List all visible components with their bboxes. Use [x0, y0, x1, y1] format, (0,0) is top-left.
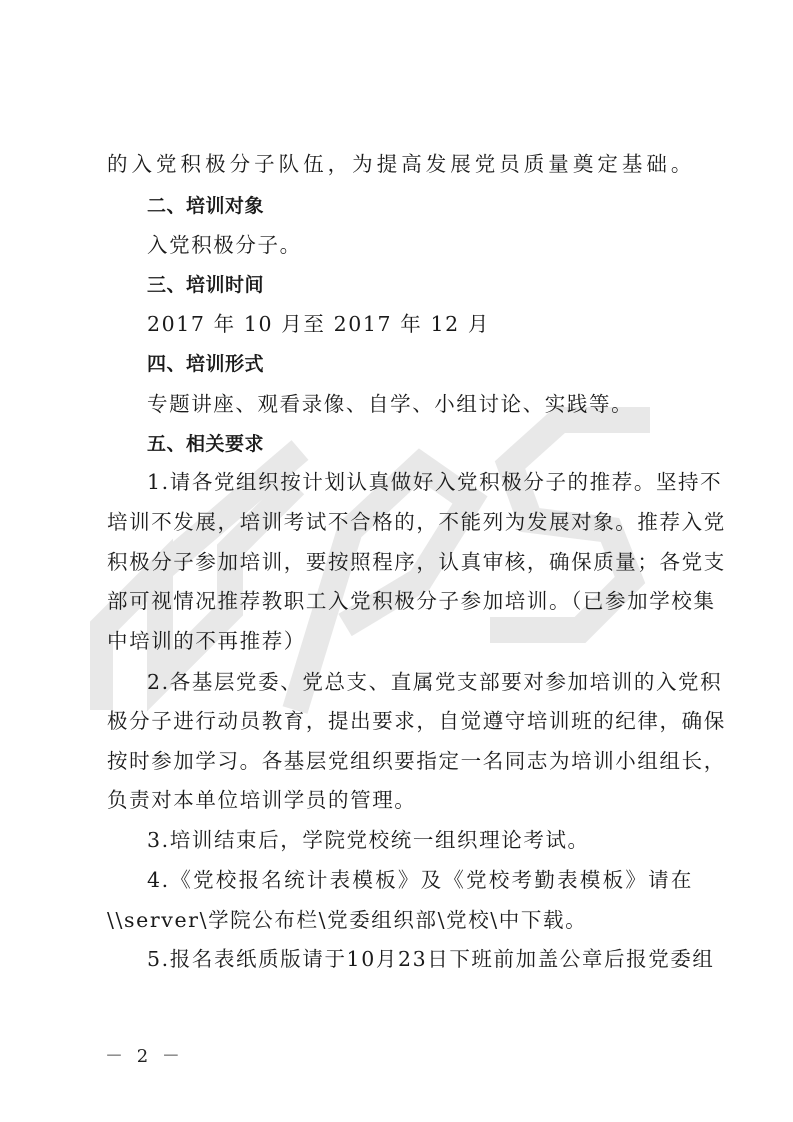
- paragraph-line: 培训不发展，培训考试不合格的，不能列为发展对象。推荐入党: [107, 506, 693, 538]
- paragraph-line: 入党积极分子。: [147, 229, 302, 261]
- paragraph-line: 部可视情况推荐教职工入党积极分子参加培训。（已参加学校集: [107, 585, 693, 617]
- paragraph-line: 积极分子参加培训，要按照程序，认真审核，确保质量；各党支: [107, 546, 693, 578]
- paragraph-line: 按时参加学习。各基层党组织要指定一名同志为培训小组组长，: [107, 745, 693, 777]
- paragraph-line: 2017 年 10 月至 2017 年 12 月: [147, 308, 490, 340]
- requirement-item-3: 3.培训结束后，学院党校统一组织理论考试。: [147, 824, 590, 856]
- page-number: － 2 －: [105, 1042, 184, 1068]
- requirement-item-1: 1.请各党组织按计划认真做好入党积极分子的推荐。坚持不: [147, 466, 693, 498]
- section-heading-training-time: 三、培训时间: [147, 269, 264, 301]
- paragraph-line: 极分子进行动员教育，提出要求，自觉遵守培训班的纪律，确保: [107, 705, 693, 737]
- section-heading-requirements: 五、相关要求: [147, 428, 264, 460]
- requirement-item-5: 5.报名表纸质版请于10月23日下班前加盖公章后报党委组: [147, 943, 693, 975]
- paragraph-line: 的入党积极分子队伍，为提高发展党员质量奠定基础。: [107, 148, 693, 180]
- section-heading-training-form: 四、培训形式: [147, 348, 264, 380]
- paragraph-line: \\server\学院公布栏\党委组织部\党校\中下载。: [107, 904, 587, 936]
- section-heading-training-target: 二、培训对象: [147, 190, 264, 222]
- paragraph-line: 专题讲座、观看录像、自学、小组讨论、实践等。: [147, 388, 633, 420]
- paragraph-line: 负责对本单位培训学员的管理。: [107, 784, 416, 816]
- document-page: 的入党积极分子队伍，为提高发展党员质量奠定基础。 二、培训对象 入党积极分子。 …: [0, 0, 793, 1122]
- requirement-item-4: 4.《党校报名统计表模板》及《党校考勤表模板》请在: [147, 864, 693, 896]
- requirement-item-2: 2.各基层党委、党总支、直属党支部要对参加培训的入党积: [147, 666, 693, 698]
- paragraph-line: 中培训的不再推荐）: [107, 625, 306, 657]
